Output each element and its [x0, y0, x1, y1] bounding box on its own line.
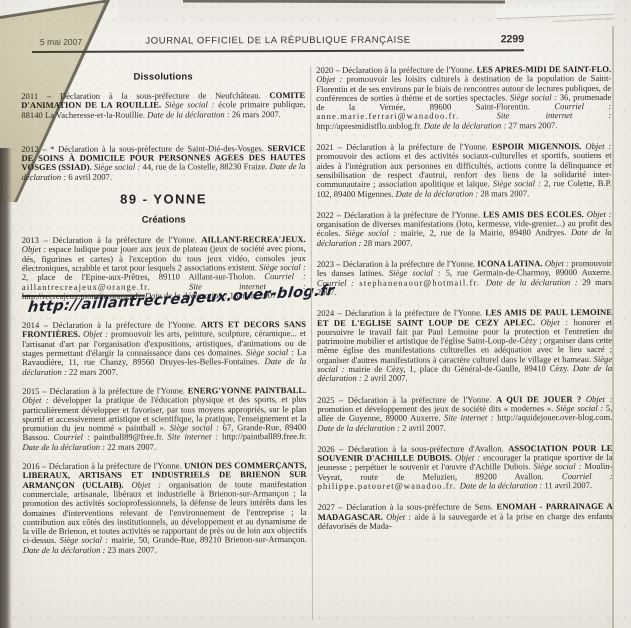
journal-entry-2023: 2023 – Déclaration à la préfecture de l'… [317, 259, 612, 297]
journal-entry-2012: 2012 – * Déclaration à la sous-préfectur… [21, 144, 305, 182]
section-heading-dissolutions: Dissolutions [21, 71, 305, 83]
section-heading-department: 89 - YONNE [22, 191, 306, 207]
journal-entry-2025: 2025 – Déclaration à la préfecture de l'… [317, 395, 612, 433]
page-content: 5 mai 2007 JOURNAL OFFICIEL DE LA RÉPUBL… [0, 0, 631, 628]
journal-entry-2015: 2015 – Déclaration à la préfecture de l'… [22, 386, 306, 452]
column-divider [310, 66, 313, 620]
journal-title: JOURNAL OFFICIEL DE LA RÉPUBLIQUE FRANÇA… [32, 34, 524, 47]
journal-entry-2027: 2027 – Déclaration à la sous-préfecture … [318, 502, 613, 531]
journal-entry-2024: 2024 – Déclaration à la préfecture de l'… [317, 308, 612, 383]
journal-entry-2021: 2021 – Déclaration à la préfecture de l'… [316, 142, 611, 199]
section-heading-creations: Créations [22, 214, 306, 226]
journal-entry-2026: 2026 – Déclaration à la sous-préfecture … [317, 444, 612, 492]
journal-entry-2020: 2020 – Déclaration à la préfecture de l'… [316, 65, 611, 131]
journal-entry-2022: 2022 – Déclaration à la préfecture de l'… [317, 210, 612, 248]
header-rule [32, 49, 524, 53]
left-column: Dissolutions 2011 – Déclaration à la sou… [21, 66, 307, 621]
journal-entry-2016: 2016 – Déclaration à la préfecture de l'… [23, 461, 307, 555]
journal-entry-2014: 2014 – Déclaration à la préfecture de l'… [22, 320, 306, 377]
text-columns: Dissolutions 2011 – Déclaration à la sou… [21, 65, 614, 621]
journal-entry-2011: 2011 – Déclaration à la sous-préfecture … [21, 91, 305, 120]
right-column: 2020 – Déclaration à la préfecture de l'… [316, 65, 613, 620]
scanned-journal-page: 5 mai 2007 JOURNAL OFFICIEL DE LA RÉPUBL… [0, 0, 631, 628]
page-number: 2299 [469, 33, 524, 45]
